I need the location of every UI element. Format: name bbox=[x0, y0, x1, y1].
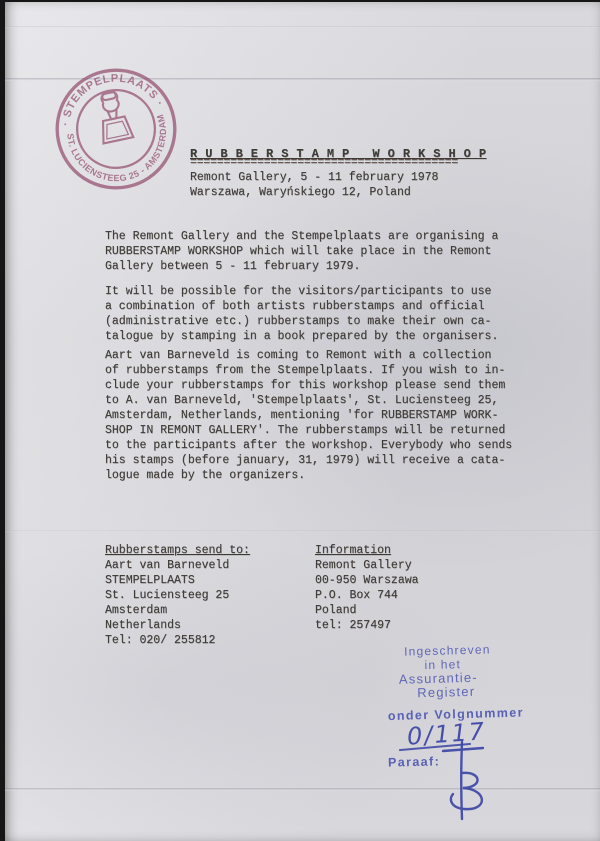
contact-line: Netherlands bbox=[105, 618, 250, 633]
contact-line: Poland bbox=[315, 603, 419, 618]
fold-crease-top bbox=[5, 26, 600, 28]
contact-line: Amsterdam bbox=[105, 603, 250, 618]
contact-line: 00-950 Warszawa bbox=[315, 573, 419, 588]
fold-crease-middle bbox=[5, 530, 600, 532]
registry-stamp-line: Register bbox=[417, 682, 557, 699]
title-underline: ======================================== bbox=[190, 155, 486, 170]
contact-right-heading: Information bbox=[315, 543, 419, 558]
contact-line: St. Luciensteeg 25 bbox=[105, 588, 250, 603]
paraaf-signature bbox=[433, 739, 493, 824]
contact-line: Aart van Barneveld bbox=[105, 558, 250, 573]
contact-line: STEMPELPLAATS bbox=[105, 573, 250, 588]
paragraph-1: The Remont Gallery and the Stempelplaats… bbox=[105, 229, 498, 274]
contact-left-heading: Rubberstamps send to: bbox=[105, 543, 250, 558]
fold-crease-bottom bbox=[5, 788, 600, 791]
header-venue-line: Remont Gallery, 5 - 11 february 1978 bbox=[190, 170, 486, 185]
header-address-line: Warszawa, Waryńskiego 12, Poland bbox=[190, 185, 486, 200]
contact-line: Remont Gallery bbox=[315, 558, 419, 573]
contact-line: Tel: 020/ 255812 bbox=[105, 633, 250, 648]
assurantie-register-stamp: Ingeschreven in het Assurantie- Register… bbox=[376, 642, 558, 724]
paragraph-3: Aart van Barneveld is coming to Remont w… bbox=[105, 348, 512, 483]
letter-paper: · STEMPELPLAATS · ST. LUCIENSTEEG 25 - A… bbox=[5, 2, 600, 841]
rubber-stamp-icon bbox=[93, 88, 133, 143]
letter-header: R U B B E R S T A M P W O R K S H O P ==… bbox=[190, 147, 486, 200]
svg-text:ST. LUCIENSTEEG 25 - AMSTERDAM: ST. LUCIENSTEEG 25 - AMSTERDAM bbox=[65, 113, 178, 192]
contact-information: Information Remont Gallery 00-950 Warsza… bbox=[315, 543, 419, 633]
stempelplaats-seal: · STEMPELPLAATS · ST. LUCIENSTEEG 25 - A… bbox=[53, 66, 179, 192]
contact-rubberstamps: Rubberstamps send to: Aart van Barneveld… bbox=[105, 543, 250, 648]
contact-line: tel: 257497 bbox=[315, 618, 419, 633]
contact-line: P.O. Box 744 bbox=[315, 588, 419, 603]
paragraph-2: It will be possible for the visitors/par… bbox=[105, 284, 498, 344]
seal-bottom-text: ST. LUCIENSTEEG 25 - AMSTERDAM bbox=[65, 113, 178, 192]
photo-background: · STEMPELPLAATS · ST. LUCIENSTEEG 25 - A… bbox=[0, 0, 600, 841]
